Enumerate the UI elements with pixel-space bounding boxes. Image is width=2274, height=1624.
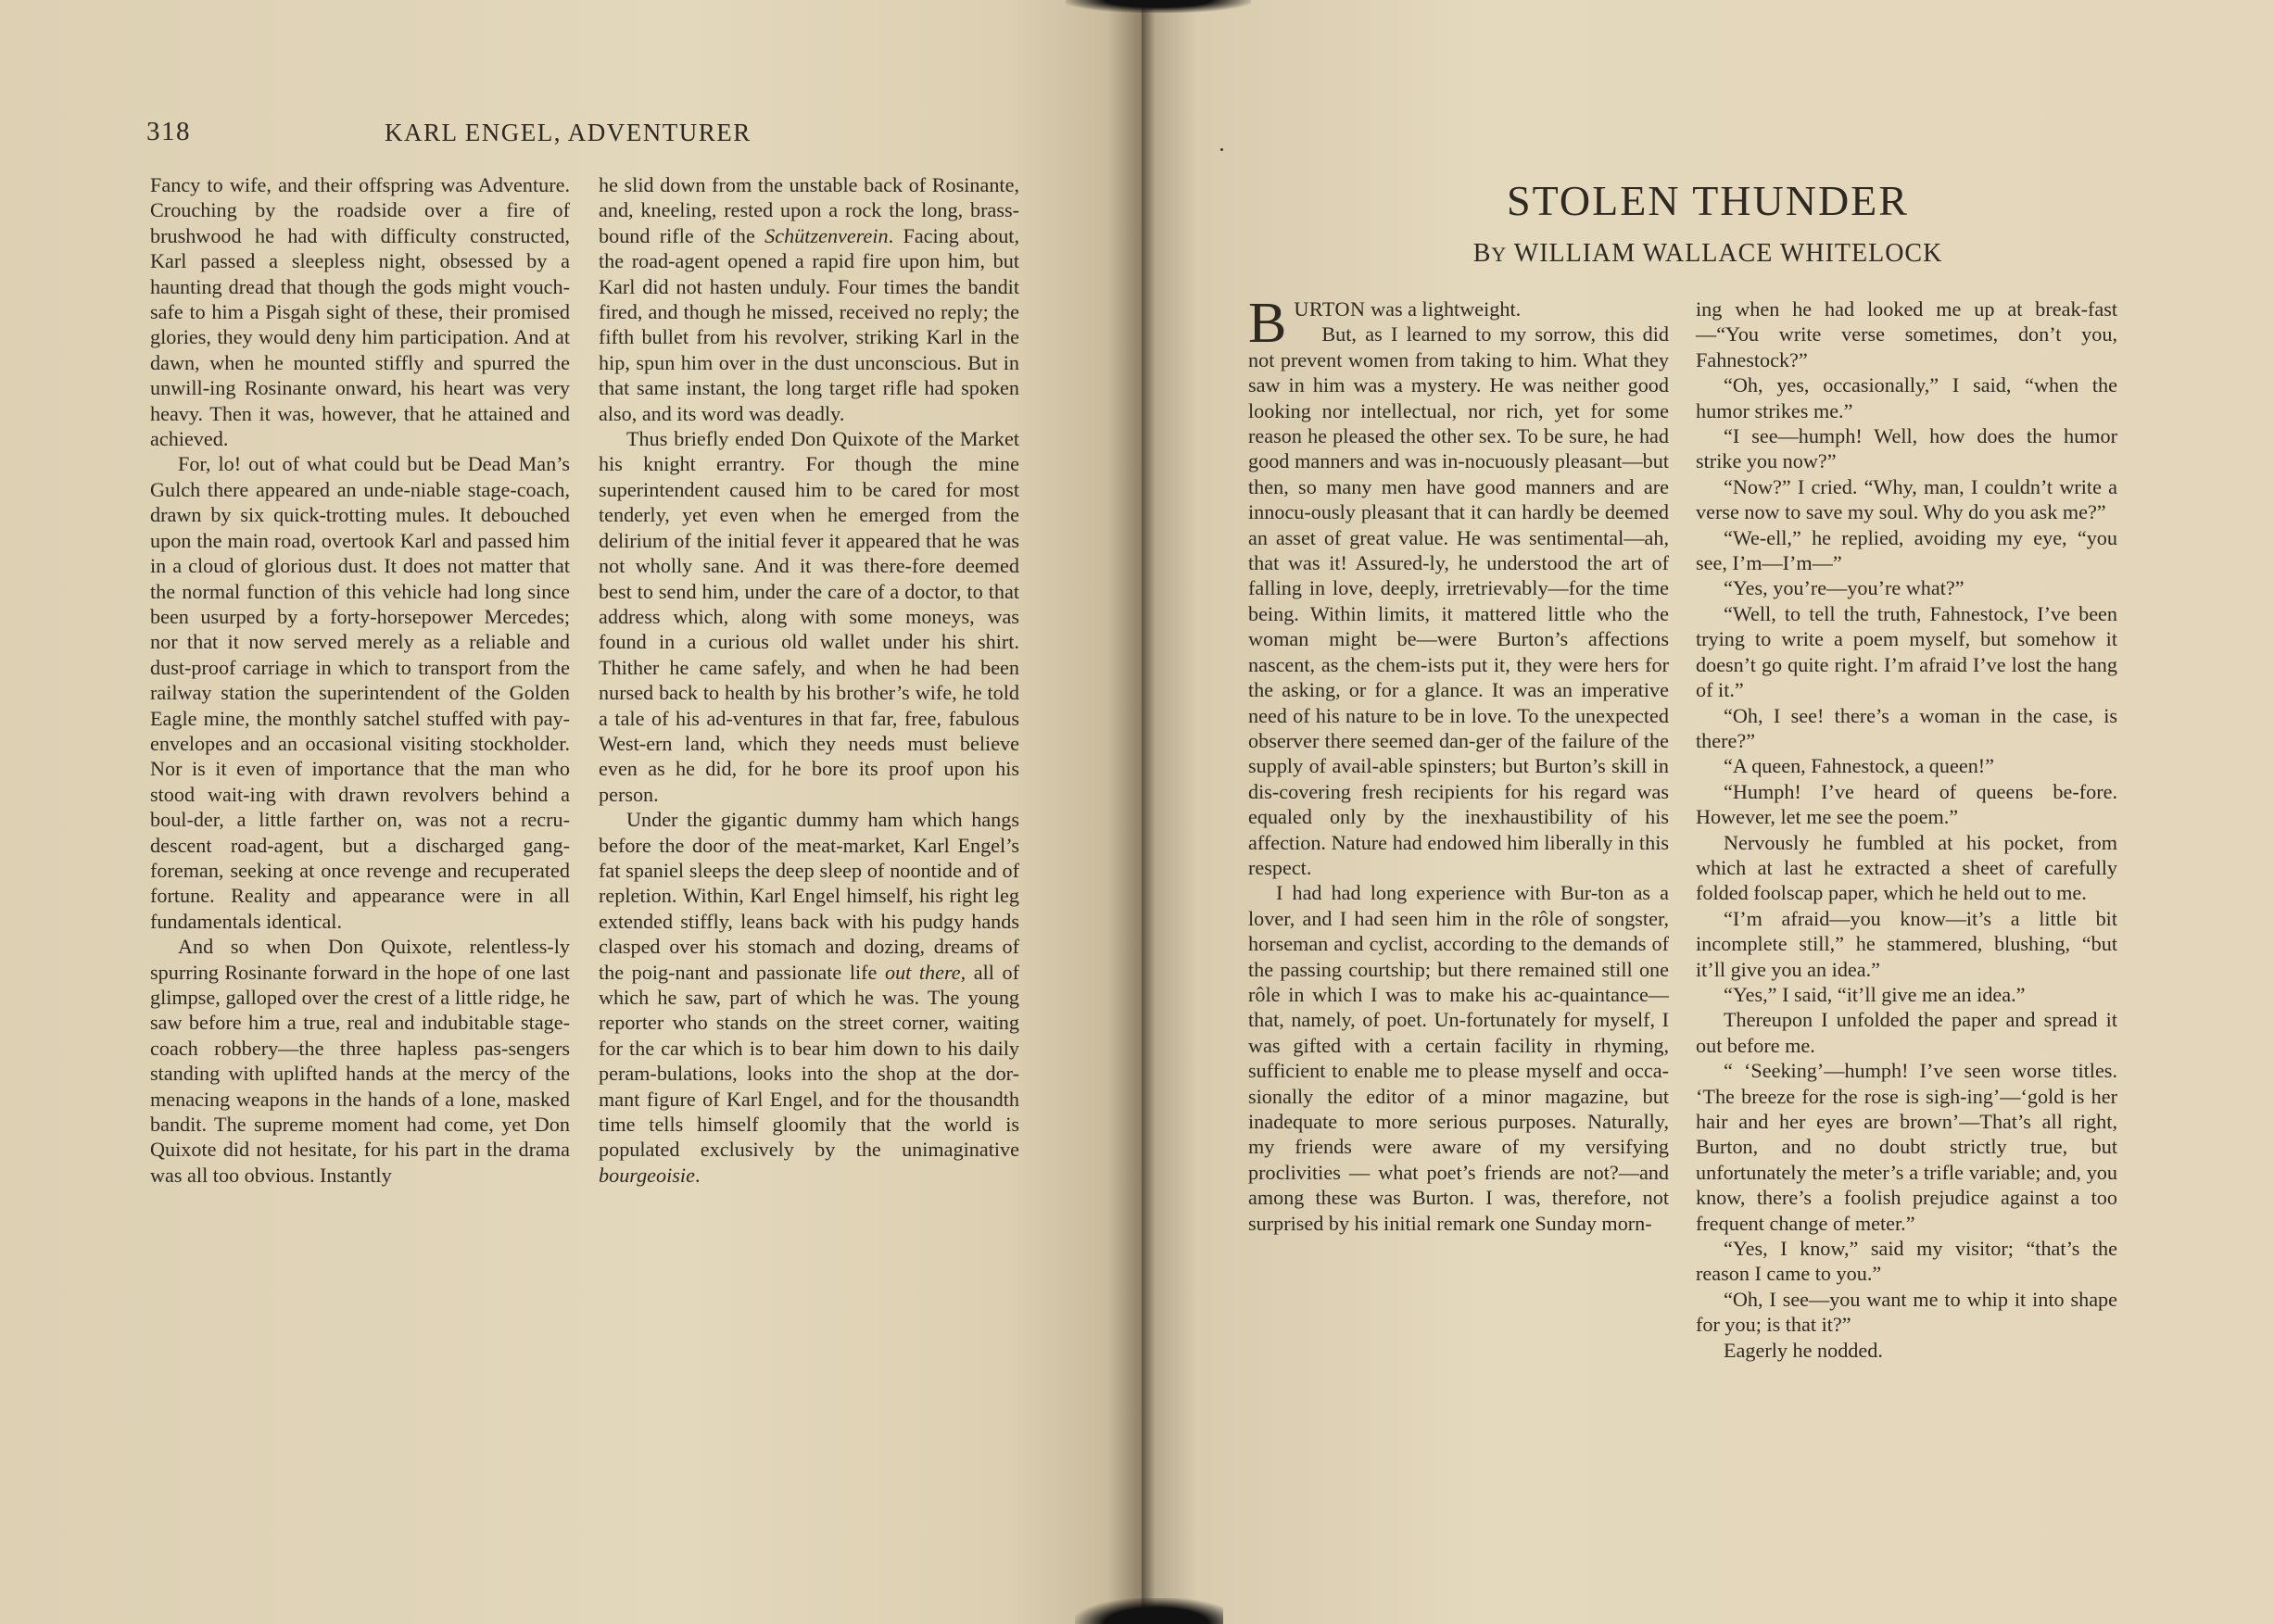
paragraph: “Yes, I know,” said my visitor; “that’s … xyxy=(1696,1236,2117,1287)
author-name: WILLIAM WALLACE WHITELOCK xyxy=(1514,239,1943,268)
text-run: was a lightweight. xyxy=(1366,297,1522,321)
paragraph: Under the gigantic dummy ham which hangs… xyxy=(599,807,1019,1188)
right-page-column-1: BURTON was a lightweight. But, as I lear… xyxy=(1248,296,1669,1236)
paper-speck xyxy=(1220,148,1223,151)
page-number: 318 xyxy=(146,117,191,147)
text-run: . Facing about, the road-agent opened a … xyxy=(599,224,1019,425)
paragraph: “Humph! I’ve heard of queens be-fore. Ho… xyxy=(1696,779,2117,830)
paragraph: “We-ell,” he replied, avoiding my eye, “… xyxy=(1696,525,2117,576)
paragraph: Fancy to wife, and their offspring was A… xyxy=(150,172,570,451)
paragraph: “Now?” I cried. “Why, man, I couldn’t wr… xyxy=(1696,474,2117,525)
byline-prefix: B xyxy=(1473,239,1492,268)
byline-prefix-smallcap: Y xyxy=(1491,243,1507,266)
binding-shadow-bottom xyxy=(1075,1598,1223,1624)
text-run: . xyxy=(695,1164,701,1187)
paragraph: Eagerly he nodded. xyxy=(1696,1338,2117,1363)
book-spread: 318 KARL ENGEL, ADVENTURER Fancy to wife… xyxy=(0,0,2274,1624)
paragraph: “Well, to tell the truth, Fahnestock, I’… xyxy=(1696,601,2117,703)
text-run: Under the gigantic dummy ham which hangs… xyxy=(599,808,1019,983)
paragraph: I had had long experience with Bur-ton a… xyxy=(1248,880,1669,1236)
paragraph: “A queen, Fahnestock, a queen!” xyxy=(1696,753,2117,778)
running-head: KARL ENGEL, ADVENTURER xyxy=(385,119,752,147)
paragraph: he slid down from the unstable back of R… xyxy=(599,172,1019,426)
paragraph: ing when he had looked me up at break-fa… xyxy=(1696,296,2117,372)
paragraph: For, lo! out of what could but be Dead M… xyxy=(150,451,570,934)
paragraph: “I’m afraid—you know—it’s a little bit i… xyxy=(1696,906,2117,982)
paragraph: “Yes,” I said, “it’ll give me an idea.” xyxy=(1696,982,2117,1007)
italic-term: Schützenverein xyxy=(764,224,888,247)
paragraph: And so when Don Quixote, relentless-ly s… xyxy=(150,934,570,1188)
paragraph: Thereupon I unfolded the paper and sprea… xyxy=(1696,1007,2117,1058)
paragraph: “Yes, you’re—you’re what?” xyxy=(1696,575,2117,600)
paragraph: “I see—humph! Well, how does the humor s… xyxy=(1696,423,2117,474)
left-page: 318 KARL ENGEL, ADVENTURER Fancy to wife… xyxy=(0,0,1142,1624)
paragraph: “Oh, yes, occasionally,” I said, “when t… xyxy=(1696,372,2117,423)
italic-term: bourgeoisie xyxy=(599,1164,695,1187)
story-byline: BY WILLIAM WALLACE WHITELOCK xyxy=(1142,239,2274,269)
paragraph: Thus briefly ended Don Quixote of the Ma… xyxy=(599,426,1019,807)
paragraph: “ ‘Seeking’—humph! I’ve seen worse title… xyxy=(1696,1058,2117,1236)
opening-paragraph: BURTON was a lightweight. xyxy=(1248,296,1669,321)
right-page-column-2: ing when he had looked me up at break-fa… xyxy=(1696,296,2117,1363)
text-run: all of which he saw, part of which he wa… xyxy=(599,961,1019,1162)
paragraph: “Oh, I see—you want me to whip it into s… xyxy=(1696,1287,2117,1338)
left-page-column-2: he slid down from the unstable back of R… xyxy=(599,172,1019,1188)
paragraph: “Oh, I see! there’s a woman in the case,… xyxy=(1696,703,2117,754)
drop-cap: B xyxy=(1248,300,1286,346)
left-page-column-1: Fancy to wife, and their offspring was A… xyxy=(150,172,570,1188)
italic-term: out there, xyxy=(885,961,966,984)
paragraph: Nervously he fumbled at his pocket, from… xyxy=(1696,830,2117,906)
binding-shadow-top xyxy=(1066,0,1251,13)
opening-caps: URTON xyxy=(1294,297,1365,321)
paragraph: But, as I learned to my sorrow, this did… xyxy=(1248,321,1669,880)
story-title: STOLEN THUNDER xyxy=(1142,176,2274,225)
